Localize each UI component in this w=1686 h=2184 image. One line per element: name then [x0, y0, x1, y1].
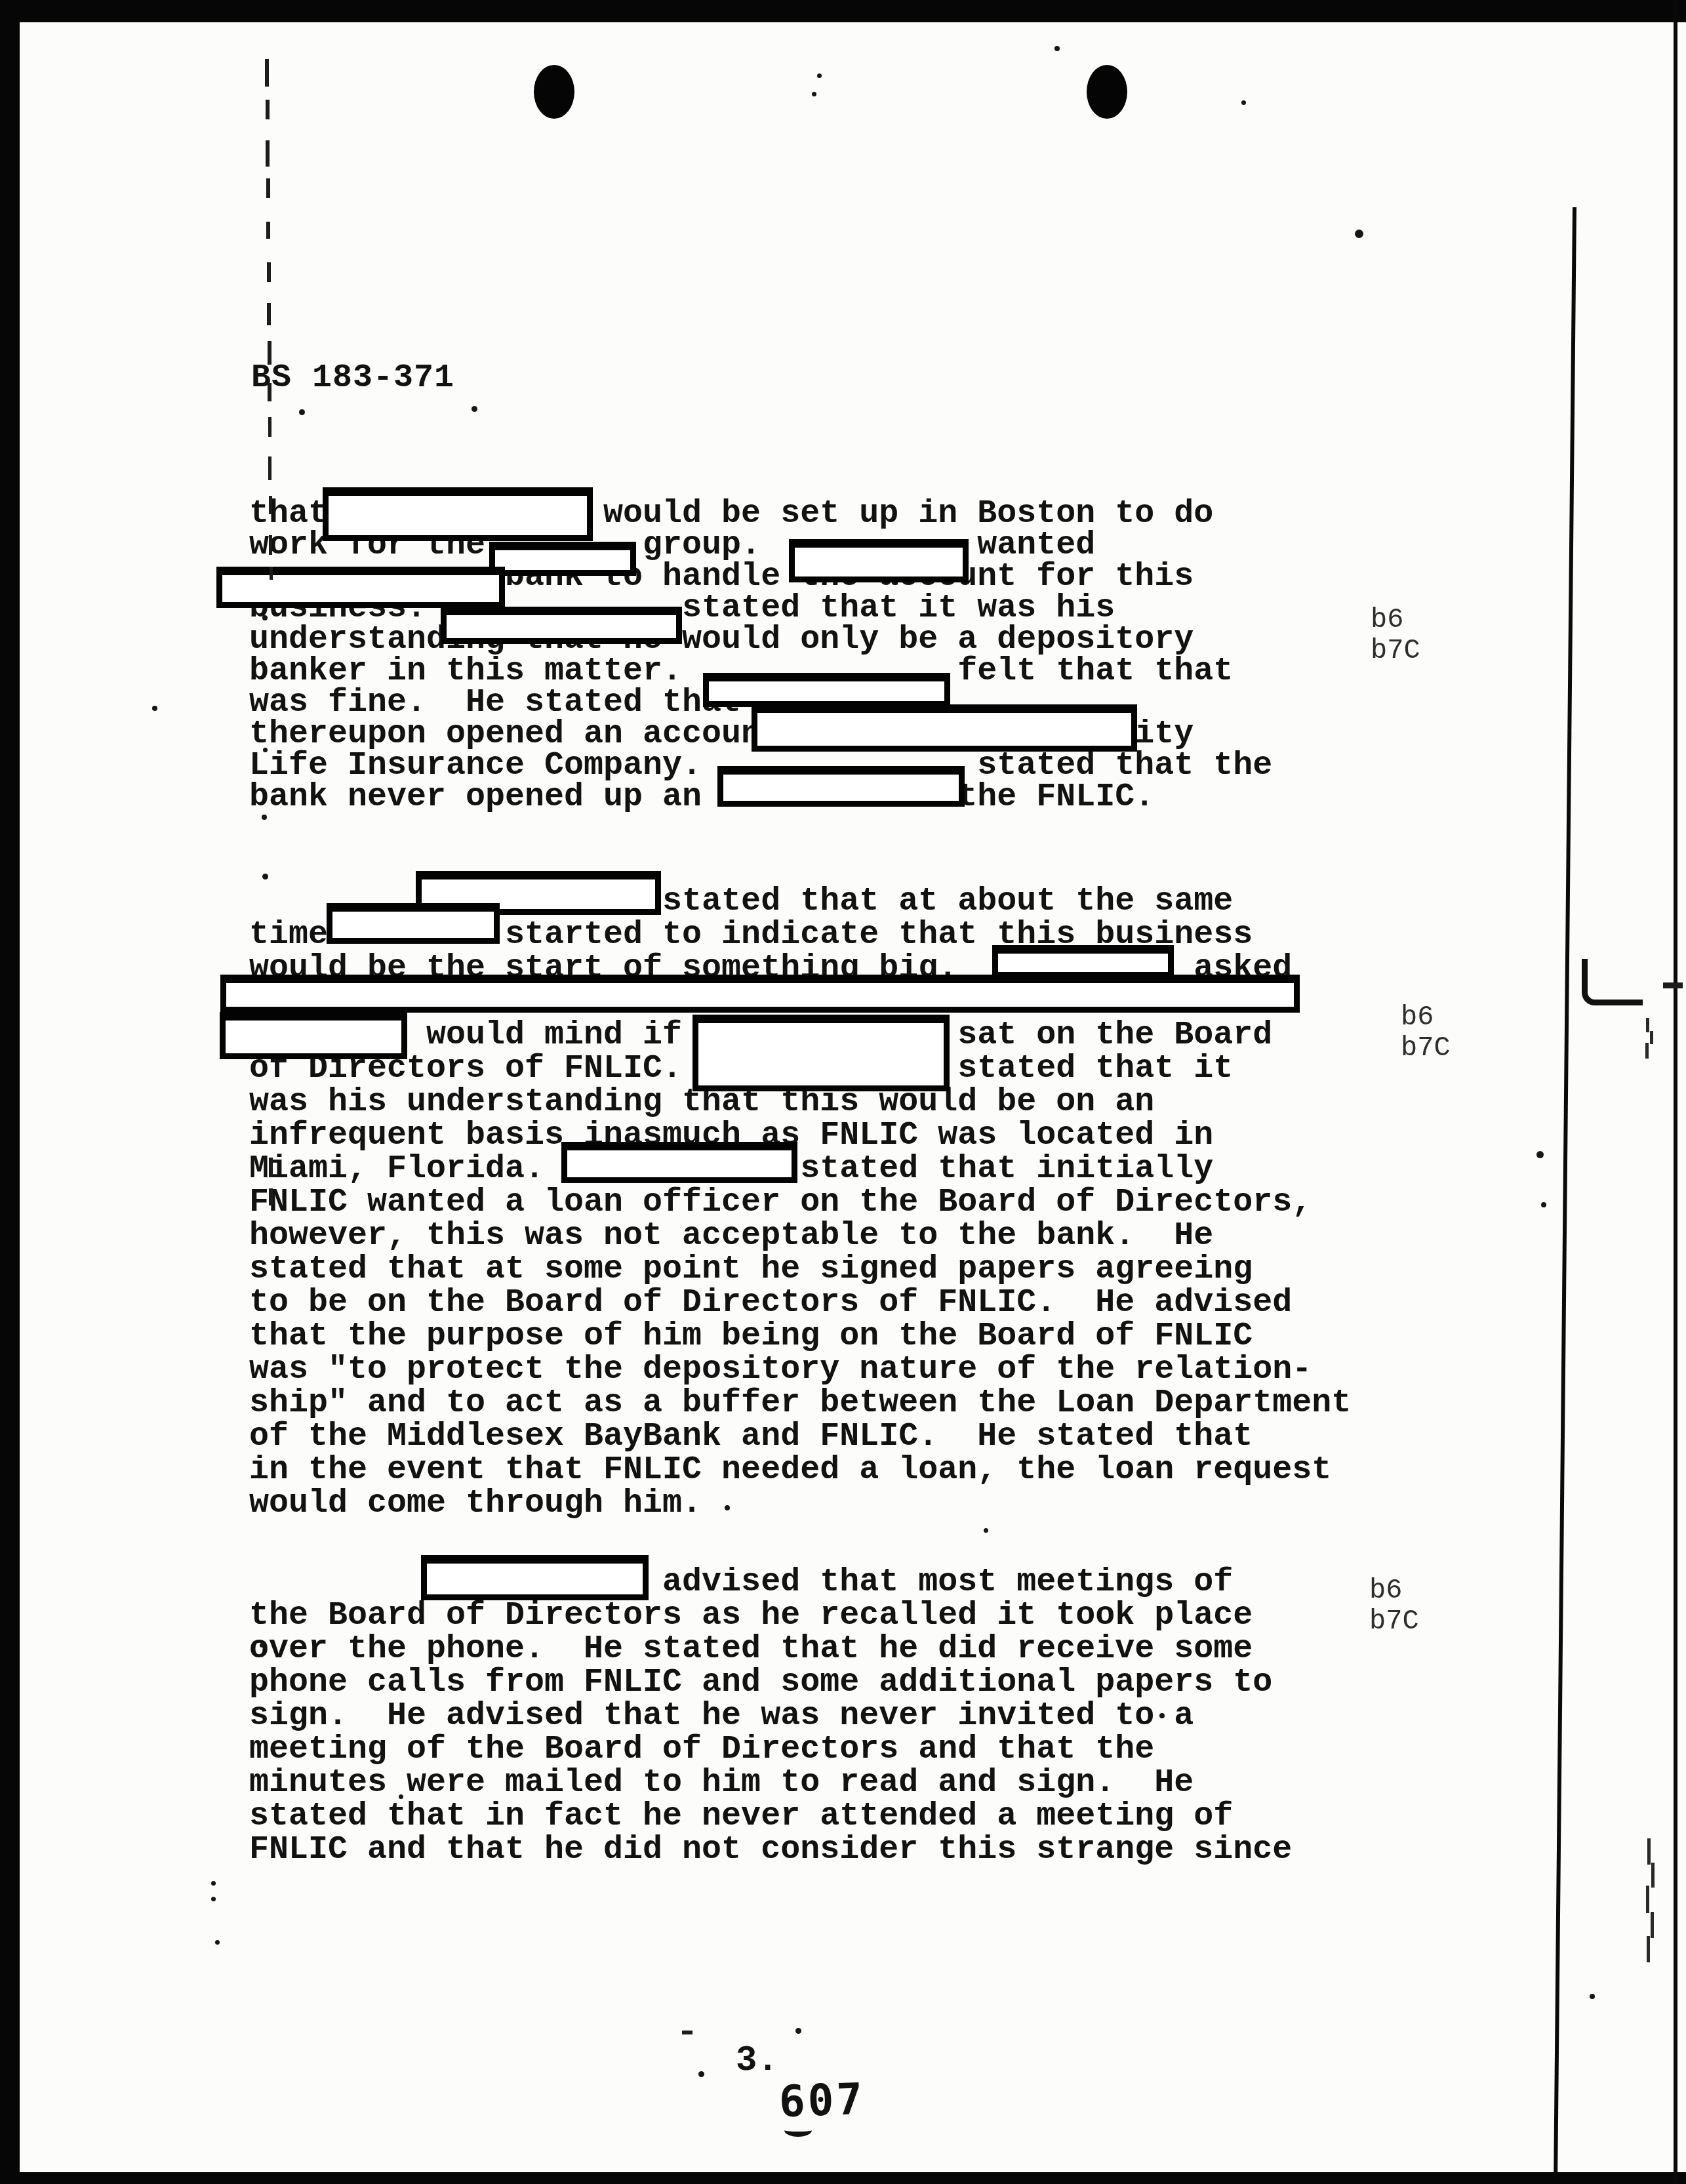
redaction-box	[323, 487, 593, 541]
scan-dash	[266, 178, 270, 198]
scan-squiggle	[1651, 1912, 1654, 1938]
text-line: stated that in fact he never attended a …	[249, 1800, 1292, 1833]
scan-speck	[1241, 100, 1246, 105]
scan-speck	[698, 2071, 704, 2077]
scan-speck	[1536, 1151, 1544, 1158]
text-line: in the event that FNLIC needed a loan, t…	[249, 1453, 1351, 1487]
scan-speck	[472, 406, 477, 412]
margin-annotation: b6 b7C	[1369, 1575, 1419, 1637]
page-border-left	[0, 0, 20, 2184]
stamp-number: 607	[778, 2074, 866, 2128]
scan-speck	[262, 815, 267, 820]
scan-dash	[265, 59, 269, 87]
paragraph: advised that most meetings ofthe Board o…	[249, 1566, 1292, 1867]
case-number: BS 183-371	[251, 359, 454, 397]
margin-annotation: b6 b7C	[1401, 1002, 1451, 1064]
hole-punch-mark	[1087, 65, 1127, 119]
scan-speck	[263, 748, 268, 752]
scan-speck	[795, 2028, 801, 2034]
scan-dash	[267, 262, 271, 282]
scan-speck	[817, 73, 822, 78]
scan-dash	[266, 222, 270, 239]
redaction-box	[220, 975, 1300, 1013]
redaction-box	[220, 1012, 407, 1059]
scan-dash	[268, 417, 271, 437]
scan-speck	[399, 1794, 403, 1799]
redaction-box	[703, 673, 950, 707]
scan-speck	[262, 874, 268, 880]
scan-speck	[1159, 1713, 1165, 1718]
scan-speck	[1590, 1994, 1595, 1999]
redaction-box	[327, 903, 500, 944]
scan-dash	[266, 140, 270, 167]
text-line: sign. He advised that he was never invit…	[249, 1699, 1292, 1733]
scan-dash	[269, 1158, 273, 1177]
scan-dash	[266, 100, 270, 119]
text-line: minutes were mailed to him to read and s…	[249, 1766, 1292, 1800]
scan-speck	[725, 1505, 730, 1510]
redaction-box	[489, 542, 636, 576]
text-line: advised that most meetings of	[249, 1566, 1292, 1599]
scan-dash	[270, 567, 273, 580]
scan-squiggle	[1646, 1886, 1649, 1913]
scan-dash	[269, 1188, 273, 1205]
text-line: FNLIC and that he did not consider this …	[249, 1833, 1292, 1867]
scan-squiggle	[1650, 1031, 1653, 1044]
text-line: would come through him.	[249, 1487, 1351, 1520]
text-line: Miami, Florida. stated that initially	[249, 1152, 1351, 1186]
text-line: ship" and to act as a buffer between the…	[249, 1386, 1351, 1420]
hook-mark	[1582, 959, 1643, 1005]
text-line: stated that at some point he signed pape…	[249, 1253, 1351, 1286]
scan-speck	[1355, 230, 1363, 238]
scan-fold-line	[1554, 207, 1576, 2176]
text-line: to be on the Board of Directors of FNLIC…	[249, 1286, 1351, 1320]
scan-speck	[211, 1881, 216, 1886]
scan-speck	[984, 1528, 988, 1533]
scan-speck	[260, 1643, 264, 1648]
margin-annotation: b6 b7C	[1371, 605, 1420, 666]
redaction-box	[441, 607, 682, 644]
redaction-box	[561, 1142, 797, 1183]
text-line: was "to protect the depository nature of…	[249, 1353, 1351, 1386]
text-line: of the Middlesex BayBank and FNLIC. He s…	[249, 1420, 1351, 1453]
page-border-bottom	[0, 2172, 1686, 2184]
scan-speck	[1054, 46, 1060, 51]
scan-squiggle	[1647, 1838, 1651, 1865]
scan-squiggle	[1645, 1043, 1649, 1059]
text-line: that the purpose of him being on the Boa…	[249, 1320, 1351, 1353]
redaction-box	[717, 766, 965, 807]
scan-speck	[152, 706, 157, 711]
scan-dash	[1663, 982, 1683, 988]
redaction-box	[752, 704, 1137, 752]
scan-squiggle	[1651, 1863, 1655, 1888]
page-border-top	[0, 0, 1686, 22]
scan-squiggle	[1647, 1936, 1650, 1962]
text-line: phone calls from FNLIC and some addition…	[249, 1666, 1292, 1699]
scan-dash	[682, 2031, 692, 2034]
text-line: understanding that he would only be a de…	[249, 624, 1272, 656]
scan-speck	[211, 1897, 216, 1901]
text-line: FNLIC wanted a loan officer on the Board…	[249, 1186, 1351, 1219]
scan-dash	[268, 456, 271, 480]
text-line: infrequent basis inasmuch as FNLIC was l…	[249, 1119, 1351, 1152]
scan-speck	[812, 92, 816, 96]
text-line: the Board of Directors as he recalled it…	[249, 1599, 1292, 1632]
document-page: BS 183-371 that would be set up in Bosto…	[0, 0, 1686, 2184]
text-line: however, this was not acceptable to the …	[249, 1219, 1351, 1253]
redaction-box	[992, 945, 1174, 978]
redaction-box	[216, 567, 505, 608]
redaction-box	[692, 1015, 950, 1091]
scan-speck	[260, 661, 265, 666]
stamp-underline-mark	[784, 2124, 812, 2137]
scan-dash	[268, 383, 271, 401]
scan-dash	[268, 341, 271, 365]
scan-dash	[269, 496, 272, 514]
scan-speck	[215, 1940, 220, 1945]
page-edge-line	[1674, 0, 1677, 2184]
scan-squiggle	[1646, 1018, 1649, 1032]
scan-speck	[1541, 1202, 1546, 1207]
scan-dash	[267, 303, 271, 325]
text-line: over the phone. He stated that he did re…	[249, 1632, 1292, 1666]
page-number: 3.	[736, 2041, 778, 2081]
redaction-box	[421, 1555, 649, 1600]
redaction-box	[789, 539, 969, 582]
text-line: meeting of the Board of Directors and th…	[249, 1733, 1292, 1766]
scan-dash	[269, 535, 272, 555]
scan-speck	[299, 409, 305, 415]
hole-punch-mark	[534, 65, 574, 119]
scan-speck	[262, 615, 268, 620]
